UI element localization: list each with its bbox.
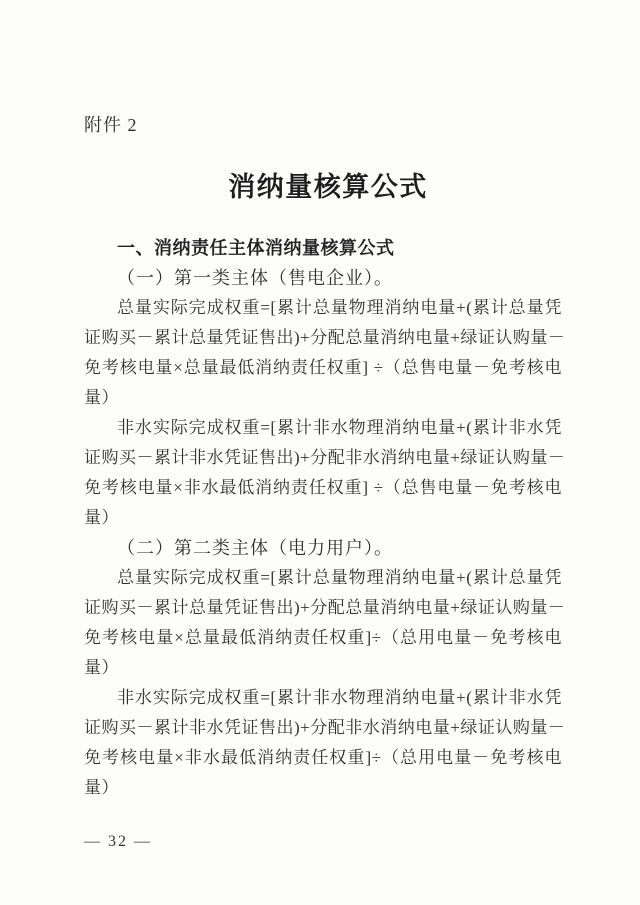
formula-line: 量）: [84, 383, 562, 413]
attachment-label: 附件 2: [84, 111, 138, 137]
section-heading: 一、消纳责任主体消纳量核算公式: [84, 233, 562, 263]
formula-line: 免考核电量×非水最低消纳责任权重]÷（总用电量－免考核电: [84, 743, 562, 773]
formula-line: 免考核电量×非水最低消纳责任权重] ÷（总售电量－免考核电: [84, 473, 562, 503]
document-body: 一、消纳责任主体消纳量核算公式 （一）第一类主体（售电企业）。 总量实际完成权重…: [84, 233, 562, 803]
subsection-heading-1: （一）第一类主体（售电企业）。: [84, 263, 562, 293]
document-page: 附件 2 消纳量核算公式 一、消纳责任主体消纳量核算公式 （一）第一类主体（售电…: [0, 0, 640, 905]
formula-line: 免考核电量×总量最低消纳责任权重] ÷（总售电量－免考核电: [84, 353, 562, 383]
formula-line: 证购买－累计总量凭证售出)+分配总量消纳电量+绿证认购量－: [84, 593, 562, 623]
formula-line: 证购买－累计非水凭证售出)+分配非水消纳电量+绿证认购量－: [84, 713, 562, 743]
formula-line: 量）: [84, 653, 562, 683]
page-number: — 32 —: [84, 833, 152, 851]
formula-line: 总量实际完成权重=[累计总量物理消纳电量+(累计总量凭: [84, 563, 562, 593]
subsection-heading-2: （二）第二类主体（电力用户）。: [84, 533, 562, 563]
document-title: 消纳量核算公式: [0, 165, 640, 204]
formula-line: 非水实际完成权重=[累计非水物理消纳电量+(累计非水凭: [84, 413, 562, 443]
formula-line: 非水实际完成权重=[累计非水物理消纳电量+(累计非水凭: [84, 683, 562, 713]
formula-line: 总量实际完成权重=[累计总量物理消纳电量+(累计总量凭: [84, 293, 562, 323]
formula-line: 证购买－累计非水凭证售出)+分配非水消纳电量+绿证认购量－: [84, 443, 562, 473]
formula-line: 免考核电量×总量最低消纳责任权重]÷（总用电量－免考核电: [84, 623, 562, 653]
formula-line: 证购买－累计总量凭证售出)+分配总量消纳电量+绿证认购量－: [84, 323, 562, 353]
formula-line: 量）: [84, 503, 562, 533]
formula-line: 量）: [84, 773, 562, 803]
